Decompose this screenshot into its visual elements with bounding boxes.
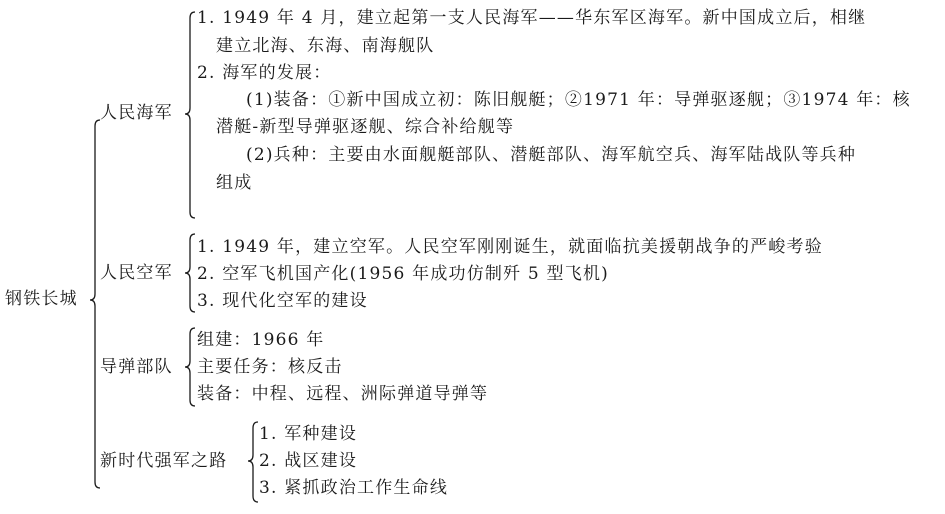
missile-item: 组建：1966 年 bbox=[197, 330, 324, 350]
branch-label-missile: 导弹部队 bbox=[100, 357, 173, 377]
missile-brace bbox=[185, 328, 195, 406]
navy-brace bbox=[185, 12, 195, 218]
missile-item: 装备：中程、远程、洲际弹道导弹等 bbox=[197, 384, 488, 404]
navy-item: 潜艇-新型导弹驱逐舰、综合补给舰等 bbox=[216, 117, 514, 137]
newera-item: 3. 紧抓政治工作生命线 bbox=[259, 478, 448, 498]
branch-label-airforce: 人民空军 bbox=[100, 263, 173, 283]
root-brace bbox=[90, 120, 100, 488]
airforce-item: 1. 1949 年，建立空军。人民空军刚刚诞生，就面临抗美援朝战争的严峻考验 bbox=[197, 237, 823, 257]
navy-item: 2. 海军的发展： bbox=[197, 63, 331, 83]
airforce-item: 3. 现代化空军的建设 bbox=[197, 291, 368, 311]
missile-item: 主要任务：核反击 bbox=[197, 357, 343, 377]
newera-item: 1. 军种建设 bbox=[259, 424, 357, 444]
brace-lines bbox=[0, 0, 945, 514]
airforce-brace bbox=[185, 234, 195, 312]
navy-item: (1)装备：①新中国成立初：陈旧舰艇；②1971 年：导弹驱逐舰；③1974 年… bbox=[246, 90, 911, 110]
branch-label-newera: 新时代强军之路 bbox=[100, 451, 227, 471]
airforce-item: 2. 空军飞机国产化(1956 年成功仿制歼 5 型飞机) bbox=[197, 264, 609, 284]
navy-item: 1. 1949 年 4 月，建立起第一支人民海军——华东军区海军。新中国成立后，… bbox=[197, 8, 866, 28]
newera-item: 2. 战区建设 bbox=[259, 451, 357, 471]
newera-brace bbox=[248, 422, 258, 502]
navy-item: (2)兵种：主要由水面舰艇部队、潜艇部队、海军航空兵、海军陆战队等兵种 bbox=[246, 145, 856, 165]
navy-item: 建立北海、东海、南海舰队 bbox=[216, 36, 434, 56]
root-label: 钢铁长城 bbox=[5, 289, 78, 309]
navy-item: 组成 bbox=[216, 173, 252, 193]
branch-label-navy: 人民海军 bbox=[100, 103, 173, 123]
